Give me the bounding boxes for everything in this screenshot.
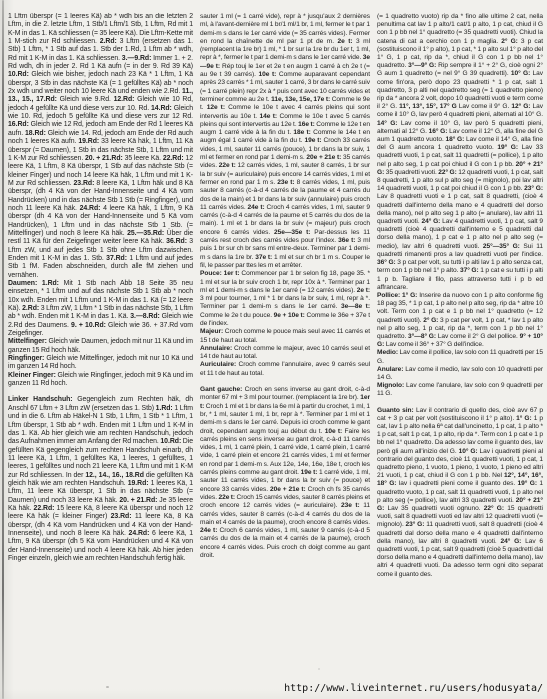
bold-term: 18e t: — [293, 129, 310, 136]
bold-term: 11°, 13°, 15°, 17° G — [399, 103, 457, 110]
paragraph: Mignolo: Lav come l'anulare, lav solo co… — [377, 382, 543, 398]
column-french: sauter 1 ml (= 1 carré vide), repr à * j… — [200, 13, 370, 560]
bold-term: 37.Rd: — [106, 255, 127, 262]
bold-term: 12., 14., 16., 18.Rd — [85, 472, 144, 479]
bold-term: Annulaire: — [200, 345, 232, 352]
watermark-url: http://www.liveinternet.ru/users/hodusya… — [284, 683, 543, 694]
bold-term: 36.Rd: — [166, 238, 187, 245]
bold-term: 19° G: — [518, 480, 537, 487]
bold-term: 24° G: — [500, 538, 521, 545]
bold-term: 24e t: — [248, 204, 265, 211]
bold-term: 19.Rd: — [78, 138, 99, 145]
paragraph: Mittelfinger: Gleich wie Daumen, jedoch … — [8, 338, 193, 355]
text-run: Gleich wie 9.Rd. — [57, 96, 114, 103]
bold-term: 12° G: — [511, 103, 530, 110]
bold-term: 19° G: — [497, 144, 518, 151]
bold-term: Pollice: 1° G: — [377, 292, 417, 299]
paragraph: Anulare: Lav come il medio, lav solo con… — [377, 366, 543, 382]
bold-term: 37e t: — [255, 254, 272, 261]
paragraph: (= 1 quadretto vuoto) rip da * fino alle… — [377, 13, 543, 292]
bold-term: 3°—9° G: — [408, 62, 436, 69]
bold-term: 20e + 21e t: — [306, 154, 341, 161]
scanned-pattern-page: 1 Lftm überspr (= 1 leeres Kä) ab * wdh … — [0, 0, 547, 699]
paragraph: Guanto sin: Lav il contrario di quello d… — [377, 407, 543, 579]
bold-term: Linker Handschuh: — [8, 396, 73, 403]
bold-term: 11e, 13e, 15e, 17e t: — [271, 96, 330, 103]
bold-term: 10e t: — [325, 428, 343, 435]
bold-term: 2e t: — [357, 287, 370, 294]
bold-term: 23e t: — [277, 179, 294, 186]
text-run: Comme le 2e t du pouce. — [200, 312, 274, 319]
bold-term: Anulare: — [377, 366, 403, 373]
bold-term: 20. + 21.Rd: — [85, 155, 123, 162]
bold-term: 25e—35e t: — [274, 229, 310, 236]
bold-term: 36e t: — [338, 237, 355, 244]
bold-term: 22.Rd: — [163, 155, 184, 162]
bold-term: Medio: — [377, 349, 398, 356]
column-german: 1 Lftm überspr (= 1 leeres Kä) ab * wdh … — [8, 13, 193, 563]
bold-term: 25°—35° G: — [483, 243, 520, 250]
bold-term: 19.Rd: — [128, 480, 149, 487]
bold-term: 37° G: — [460, 267, 479, 274]
bold-term: 14.Rd: — [151, 105, 172, 112]
bold-term: 23e t: — [341, 502, 360, 509]
bold-term: 16e t: — [298, 121, 315, 128]
paragraph: 1 Lftm überspr (= 1 leeres Kä) ab * wdh … — [8, 13, 193, 280]
paragraph: Ringfinger: Gleich wie Mittelfinger, jed… — [8, 355, 193, 372]
bold-term: 22e t: — [218, 494, 235, 501]
text-run: Croch 6 carrés vides, 1 ml, sauter 9 car… — [200, 527, 370, 559]
bold-term: 12e t: — [207, 104, 225, 111]
bold-term: 19e t: — [304, 137, 321, 144]
bold-term: 9e + 10e t: — [274, 312, 305, 319]
bold-term: 16.Rd: — [8, 121, 29, 128]
bold-term: 3°—8° G: — [408, 333, 436, 340]
text-run: Lav 35 quadretti vuoti ognuno. — [384, 505, 484, 512]
bold-term: 20. + 21.Rd: — [119, 497, 157, 504]
paragraph: Kleiner Finger: Gleich wie Ringfinger, j… — [8, 372, 193, 389]
text-run: Lav come il 36° + 37° G dell'indice. — [384, 341, 484, 348]
column-italian: (= 1 quadretto vuoto) rip da * fino alle… — [377, 13, 543, 579]
bold-term: Daumen: 1.Rd: — [8, 280, 59, 287]
text-run: 35 leere Kä. — [123, 155, 163, 162]
scan-speck — [106, 686, 109, 688]
bold-term: 1.Rd: — [156, 405, 173, 412]
bold-term: Gant gauche: — [200, 386, 242, 393]
bold-term: Ringfinger: — [8, 355, 44, 362]
bold-term: 10° G: — [459, 448, 478, 455]
text-run: Lav come il 9° G. — [457, 103, 512, 110]
bold-term: Pouce: 1er t: — [200, 270, 240, 277]
bold-term: Auriculaire: — [200, 361, 236, 368]
scan-speck — [1, 300, 3, 306]
bold-term: 2.Rd: — [22, 305, 39, 312]
paragraph: Auriculaire: Croch comme l'annulaire, av… — [200, 361, 370, 378]
bold-term: Kleiner Finger: — [8, 372, 56, 379]
text-run: Croch comme le pouce mais seul avec 11 c… — [200, 328, 370, 343]
bold-term: 2° G: — [501, 38, 518, 45]
bold-term: 10.Rd: — [160, 438, 181, 445]
bold-term: 9. + 10.Rd: — [71, 322, 106, 329]
bold-term: 24.Rd: — [80, 205, 101, 212]
paragraph: Pollice: 1° G: Inserire da nuovo con 1 p… — [377, 292, 543, 349]
bold-term: Mignolo: — [377, 382, 404, 389]
bold-term: 23° G: — [524, 185, 543, 192]
bold-term: 22° G: — [438, 169, 457, 176]
text-run: Lav come il pollice, lav solo con 11 qua… — [377, 349, 543, 364]
bold-term: 18.Rd: — [25, 130, 46, 137]
bold-term: 25.—35.Rd: — [127, 230, 164, 237]
bold-term: 22e t: — [219, 162, 236, 169]
bold-term: 16° G: — [429, 128, 448, 135]
bold-term: 2e t: — [337, 38, 352, 45]
bold-term: 3e—8e t: — [341, 303, 370, 310]
bold-term: 1° G: — [516, 415, 532, 422]
bold-term: 24.Rd: — [129, 530, 150, 537]
bold-term: 22° G: — [484, 505, 504, 512]
bold-term: 14e t: — [259, 113, 277, 120]
bold-term: 36° G: — [377, 259, 396, 266]
paragraph: Gant gauche: Croch en sens inverse au ga… — [200, 386, 370, 560]
bold-term: 23.Rd: — [74, 180, 95, 187]
bold-term: 22.Rd: — [34, 505, 55, 512]
paragraph: Daumen: 1.Rd: Mit 1 Stb nach Abb 18 Seit… — [8, 280, 193, 338]
text-run: 35 quadretti vuoti. — [384, 169, 438, 176]
bold-term: 2° G: — [423, 317, 438, 324]
bold-term: Majeur: — [200, 328, 223, 335]
paragraph: Annulaire: Croch comme le majeur, avec 1… — [200, 345, 370, 362]
bold-term: 14° G: — [377, 120, 397, 127]
bold-term: 24° G: — [421, 218, 440, 225]
bold-term: 2.Rd: — [100, 38, 117, 45]
bold-term: 18° G: — [445, 136, 464, 143]
bold-term: 19e t: — [301, 469, 318, 476]
bold-term: 24e t: — [200, 527, 217, 534]
paragraph: Linker Handschuh: Gegengleich zum Rechte… — [8, 396, 193, 563]
paragraph: Medio: Lav come il pollice, lav solo con… — [377, 349, 543, 365]
bold-term: 10.Rd: — [8, 71, 29, 78]
bold-term: 3.—9.Rd: — [122, 55, 152, 62]
paragraph: Majeur: Croch comme le pouce mais seul a… — [200, 328, 370, 345]
bold-term: 10° G: — [511, 70, 530, 77]
text-run: Gleich wie bisher, jedoch nach 23 Kä * 1… — [8, 71, 193, 95]
bold-term: 23.Rd: — [111, 513, 132, 520]
text-run: lav i quadretti pieni come il guanto des… — [396, 480, 517, 487]
bold-term: 10e t: — [259, 71, 277, 78]
bold-term: Guanto sin: — [377, 407, 414, 414]
paragraph: Pouce: 1er t: Commencer par 1 br selon f… — [200, 270, 370, 328]
scan-edge-artifact — [2, 0, 4, 699]
bold-term: Mittelfinger: — [8, 338, 47, 345]
bold-term: 12.Rd: — [114, 96, 135, 103]
bold-term: 23° G: — [406, 521, 425, 528]
text-run: Lav come il 2° G del pollice. — [436, 333, 520, 340]
bold-term: 20e + 21e t: — [270, 486, 306, 493]
paragraph: sauter 1 ml (= 1 carré vide), repr à * j… — [200, 13, 370, 270]
scan-speck — [318, 668, 320, 670]
bold-term: 3.—8.Rd: — [130, 313, 160, 320]
